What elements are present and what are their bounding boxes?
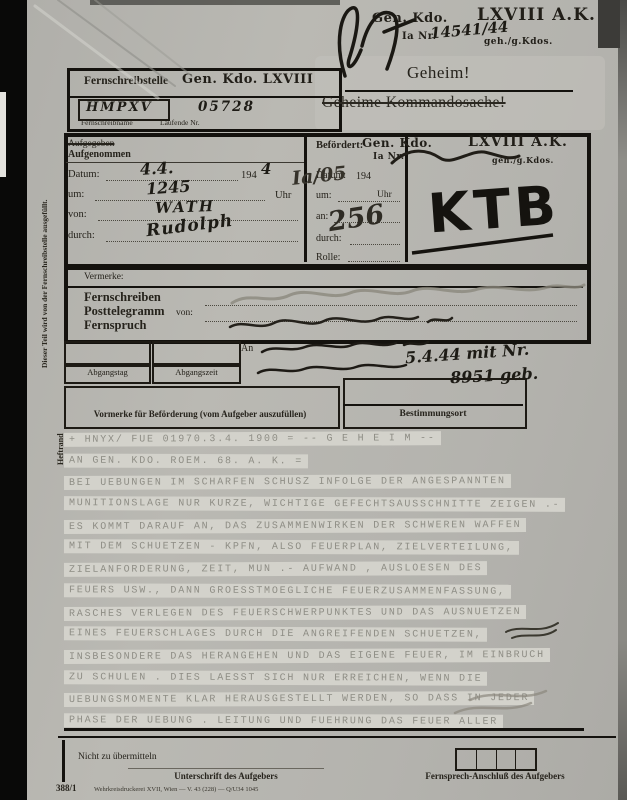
header-office-label: Fernschreibstelle (84, 75, 168, 87)
vermerke-divider (64, 286, 583, 288)
message-line: ZIELANFORDERUNG, ZEIT, MUN .- AUFWAND , … (64, 558, 614, 580)
befoerdert-um-label: um: (316, 190, 332, 201)
message-line: EINES FEUERSCHLAGES DURCH DIE ANGREIFEND… (64, 623, 614, 645)
von-label: von: (68, 209, 87, 220)
datum-label: Datum: (68, 169, 100, 180)
abgangstag-label: Abgangstag (64, 363, 151, 384)
mid-stamp-ia-label: Ia Nr. (373, 152, 404, 162)
message-lines: + HNYX/ FUE 01970.3.4. 1900 = -- G E H E… (64, 428, 614, 732)
nicht-uebermitteln-label: Nicht zu übermitteln (78, 752, 157, 762)
befoerdert-rolle-label: Rolle: (316, 252, 340, 263)
unterschrift-label: Unterschrift des Aufgebers (128, 771, 324, 781)
scan-edge-right (618, 0, 627, 800)
scan-edge-white-sliver (0, 92, 6, 177)
footer-left-border (62, 740, 65, 782)
side-note-vertical: Dieser Teil wird von der Fernschreibstel… (40, 199, 49, 368)
befoerdert-durch-line (350, 244, 400, 245)
phone-cell (497, 750, 517, 769)
durch-label: durch: (68, 230, 95, 241)
geheime-kommandosache-struck: Geheime Kommandosache! (322, 94, 506, 112)
telegram-form-scan: Gen. Kdo. LXVIII A.K. Ia Nr. 14541/44 ge… (0, 0, 627, 800)
message-line: MUNITIONSLAGE NUR KURZE, WICHTIGE GEFECH… (64, 493, 614, 515)
fernschreiben-option: Fernschreiben (84, 290, 161, 305)
ktb-box-divider (405, 137, 408, 262)
year-handwritten: 4 (261, 160, 271, 178)
message-line: + HNYX/ FUE 01970.3.4. 1900 = -- G E H E… (64, 428, 614, 450)
um-label: um: (68, 189, 84, 200)
message-line: BEI UEBUNGEN IM SCHARFEN SCHUSZ INFOLGE … (64, 471, 614, 493)
teletype-name-label: Fernschreibname (81, 118, 133, 127)
mid-stamp-corps: LXVIII A.K. (468, 134, 568, 150)
mid-stamp-secrecy: geh./g.Kdos. (492, 155, 554, 165)
header-box-divider (67, 96, 342, 98)
an-label: An (241, 343, 253, 354)
scan-edge-top (90, 0, 340, 5)
mid-stamp-unit: Gen. Kdo. (362, 136, 432, 150)
header-office-stamp: Gen. Kdo. LXVIII (182, 72, 392, 87)
scan-corner-dark (598, 0, 620, 48)
geheim-underline (345, 90, 573, 92)
datum-handwritten: 4.4. (140, 158, 174, 179)
befoerdert-year-printed: 194 (356, 171, 371, 182)
phone-cell (516, 750, 535, 769)
ktb-handwritten: KTB (426, 173, 562, 245)
bestimmungsort-label: Bestimmungsort (343, 409, 523, 419)
year-printed: 194 (241, 170, 257, 181)
message-line: MIT DEM SCHUETZEN - KPFN, ALSO FEUERPLAN… (64, 536, 614, 558)
aufgenommen-heading: Aufgenommen (68, 149, 131, 160)
message-line: INSBESONDERE DAS HERANGEHEN UND DAS EIGE… (64, 645, 614, 667)
vermerke-line-2 (205, 321, 577, 322)
fernspruch-option: Fernspruch (84, 318, 147, 333)
uhr-label: Uhr (275, 190, 291, 201)
signature-line (128, 768, 324, 769)
message-line: RASCHES VERLEGEN DES FEUERSCHWERPUNKTES … (64, 602, 614, 624)
posttelegramm-option: Posttelegramm (84, 304, 165, 319)
serial-number-handwritten: 05728 (198, 99, 255, 115)
form-number: 388/1 (56, 783, 77, 793)
bottom-rule-2 (58, 736, 616, 738)
befoerdert-heading: Befördert: (316, 140, 363, 151)
aufgegeben-struck: Aufgegeben (68, 139, 114, 149)
vormerke-befoerderung-label: Vormerke für Beförderung (vom Aufgeber a… (68, 409, 332, 419)
teletype-name-handwritten: HMPXV (86, 100, 153, 115)
message-line: ES KOMMT DARAUF AN, DAS ZUSAMMENWIRKEN D… (64, 515, 614, 537)
bestimmungsort-divider (343, 404, 523, 406)
phone-number-cells (455, 748, 537, 771)
fernsprech-label: Fernsprech-Anschluß des Aufgebers (400, 771, 590, 781)
message-line: UEBUNGSMOMENTE KLAR HERAUSGESTELLT WERDE… (64, 688, 614, 710)
vermerke-heading: Vermerke: (84, 272, 124, 282)
geheim-label: Geheim! (407, 63, 470, 83)
printer-imprint: Wehrkreisdruckerei XVII, Wien — V. 43 (2… (94, 786, 258, 793)
bottom-rule-1 (64, 728, 584, 731)
vermerke-line-1 (205, 305, 577, 306)
vormerke-befoerderung-box (64, 386, 340, 429)
serial-number-label: Laufende Nr. (160, 118, 200, 127)
column-divider (304, 135, 307, 262)
phone-cell (457, 750, 477, 769)
phone-cell (477, 750, 497, 769)
befoerdert-rolle-line (348, 261, 400, 262)
abgangszeit-label: Abgangszeit (152, 363, 241, 384)
top-stamp-secrecy: geh./g.Kdos. (484, 37, 553, 47)
vermerke-von-label: von: (176, 308, 193, 318)
message-line: AN GEN. KDO. ROEM. 68. A. K. = (64, 450, 614, 472)
durch-field-line (106, 241, 298, 242)
message-line: ZU SCHULEN . DIES LAESST SICH NUR ERREIC… (64, 667, 614, 689)
um-handwritten: 1245 (145, 176, 191, 198)
message-line: FEUERS USW., DANN GROESSTMOEGLICHE FEUER… (64, 580, 614, 602)
